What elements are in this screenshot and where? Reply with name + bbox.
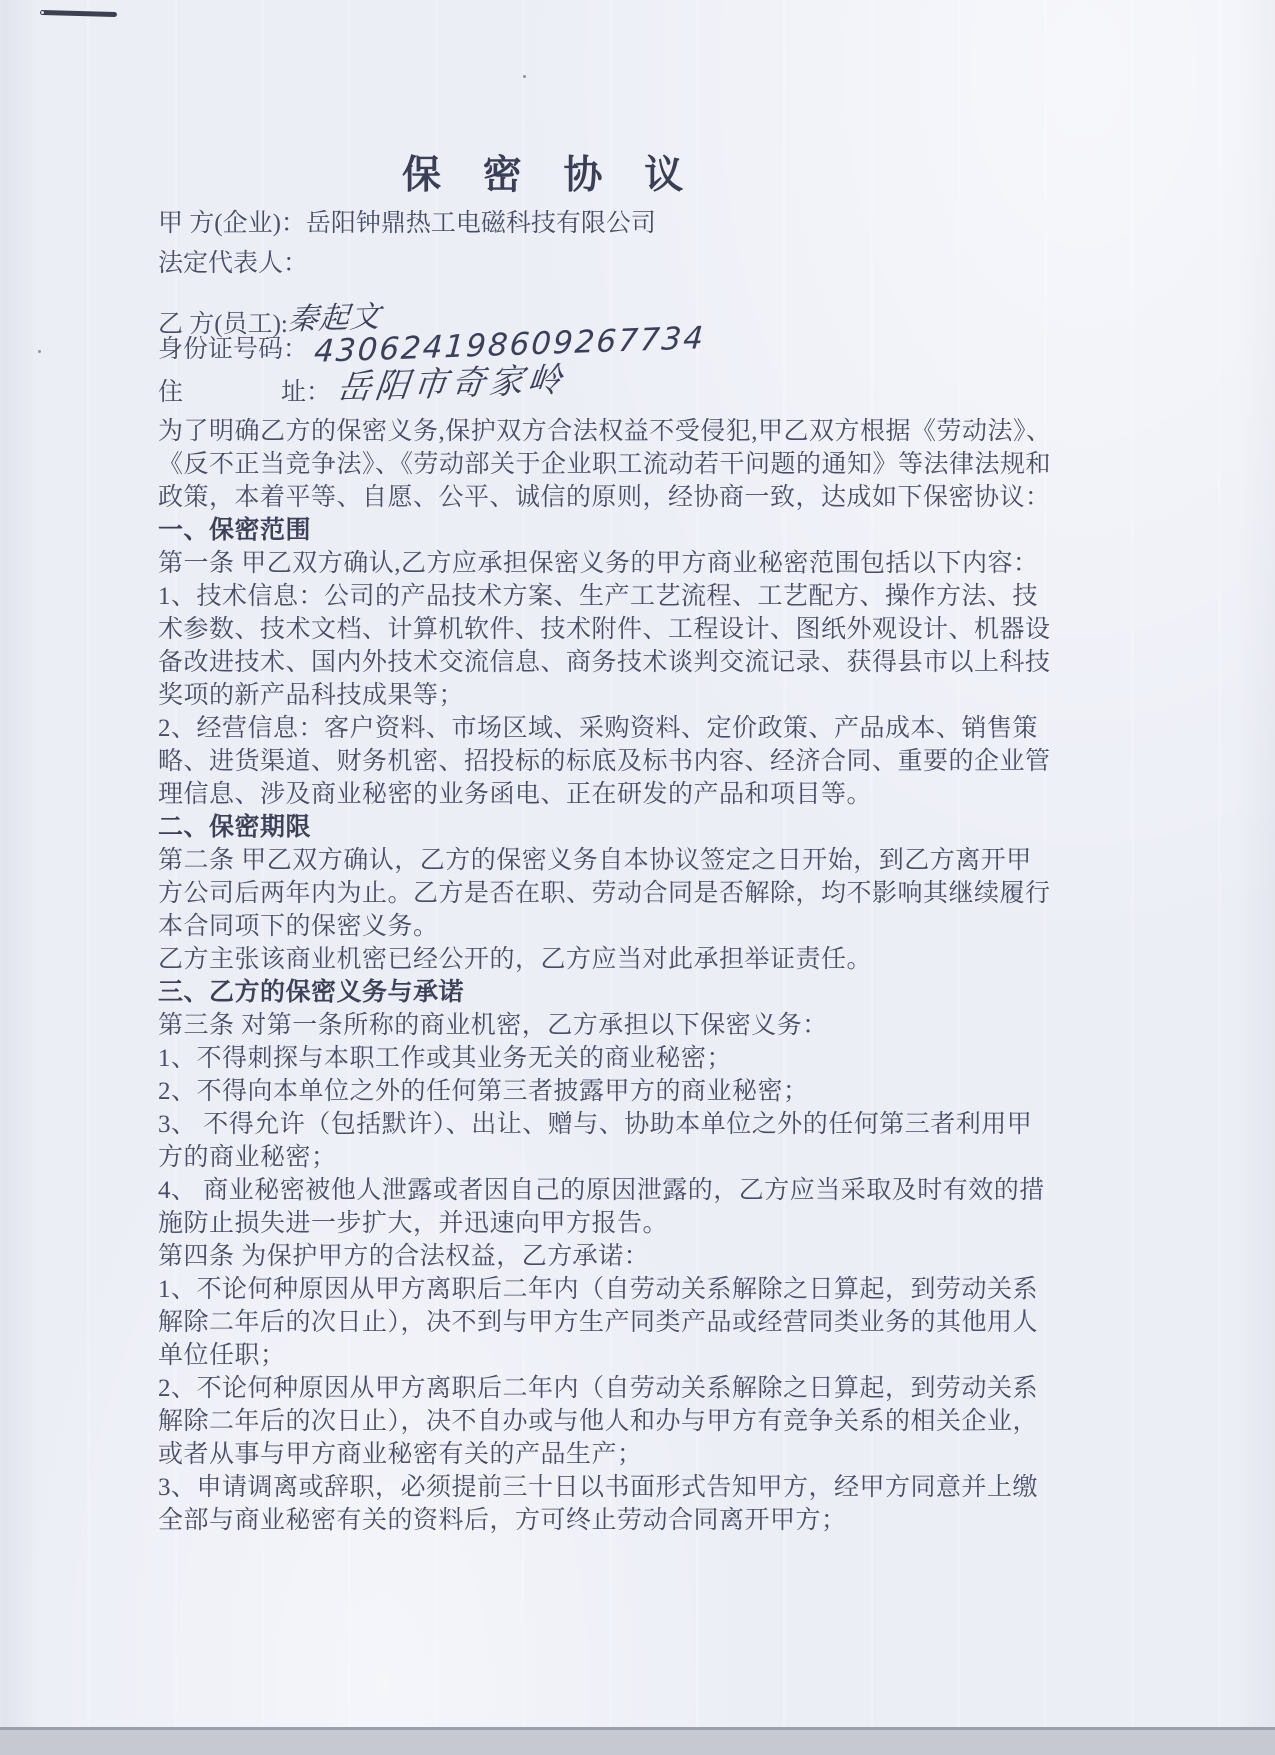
party-a-value: 岳阳钟鼎热工电磁科技有限公司 bbox=[306, 210, 656, 237]
body-line: 第一条 甲乙双方确认,乙方应承担保密义务的甲方商业秘密范围包括以下内容： bbox=[158, 547, 1118, 580]
body-line: 一、保密范围 bbox=[158, 514, 1118, 547]
body-line: 奖项的新产品科技成果等； bbox=[158, 679, 1118, 712]
body-line: 3、申请调离或辞职，必须提前三十日以书面形式告知甲方，经甲方同意并上缴 bbox=[158, 1471, 1118, 1504]
body-line: 方的商业秘密； bbox=[158, 1141, 1118, 1174]
body-line: 三、乙方的保密义务与承诺 bbox=[158, 976, 1118, 1009]
body-line: 解除二年后的次日止），决不到与甲方生产同类产品或经营同类业务的其他用人 bbox=[158, 1306, 1118, 1339]
body-line: 第二条 甲乙双方确认，乙方的保密义务自本协议签定之日开始，到乙方离开甲 bbox=[158, 844, 1118, 877]
body-line: 1、技术信息：公司的产品技术方案、生产工艺流程、工艺配方、操作方法、技 bbox=[158, 580, 1118, 613]
body-line: 备改进技术、国内外技术交流信息、商务技术谈判交流记录、获得县市以上科技 bbox=[158, 646, 1118, 679]
scan-speck bbox=[523, 75, 526, 78]
body-line: 4、 商业秘密被他人泄露或者因自己的原因泄露的，乙方应当采取及时有效的措 bbox=[158, 1174, 1118, 1207]
body-line: 第四条 为保护甲方的合法权益，乙方承诺： bbox=[158, 1240, 1118, 1273]
body-line: 乙方主张该商业机密已经公开的，乙方应当对此承担举证责任。 bbox=[158, 943, 1118, 976]
party-a-label: 甲 方(企业)： bbox=[158, 210, 306, 237]
body-line: 1、不得刺探与本职工作或其业务无关的商业秘密； bbox=[158, 1042, 1118, 1075]
scanner-bed-edge bbox=[0, 1727, 1275, 1755]
body-line: 政策，本着平等、自愿、公平、诚信的原则，经协商一致，达成如下保密协议： bbox=[158, 481, 1118, 514]
body-line: 《反不正当竞争法》、《劳动部关于企业职工流动若干问题的通知》等法律法规和 bbox=[158, 448, 1118, 481]
scanned-document-page: 保 密 协 议 甲 方(企业)：岳阳钟鼎热工电磁科技有限公司 法定代表人： 乙 … bbox=[0, 0, 1275, 1755]
scan-speck bbox=[38, 350, 41, 353]
body-line: 二、保密期限 bbox=[158, 811, 1118, 844]
body-line: 单位任职； bbox=[158, 1339, 1118, 1372]
body-line: 术参数、技术文档、计算机软件、技术附件、工程设计、图纸外观设计、机器设 bbox=[158, 613, 1118, 646]
agreement-body: 为了明确乙方的保密义务,保护双方合法权益不受侵犯,甲乙双方根据《劳动法》、《反不… bbox=[158, 415, 1118, 1537]
body-line: 或者从事与甲方商业秘密有关的产品生产； bbox=[158, 1438, 1118, 1471]
body-line: 解除二年后的次日止），决不自办或与他人和办与甲方有竞争关系的相关企业， bbox=[158, 1405, 1118, 1438]
document-title: 保 密 协 议 bbox=[402, 144, 699, 200]
body-line: 第三条 对第一条所称的商业机密，乙方承担以下保密义务： bbox=[158, 1009, 1118, 1042]
body-line: 2、不论何种原因从甲方离职后二年内（自劳动关系解除之日算起，到劳动关系 bbox=[158, 1372, 1118, 1405]
body-line: 3、 不得允许（包括默许）、出让、赠与、协助本单位之外的任何第三者利用甲 bbox=[158, 1108, 1118, 1141]
address-label-left: 住 bbox=[158, 379, 183, 406]
body-line: 本合同项下的保密义务。 bbox=[158, 910, 1118, 943]
body-line: 理信息、涉及商业秘密的业务函电、正在研发的产品和项目等。 bbox=[158, 778, 1118, 811]
address-line: 住址： 岳阳市奇家岭 bbox=[158, 361, 565, 410]
body-line: 全部与商业秘密有关的资料后，方可终止劳动合同离开甲方； bbox=[158, 1504, 1118, 1537]
body-line: 略、进货渠道、财务机密、招投标的标底及标书内容、经济合同、重要的企业管 bbox=[158, 745, 1118, 778]
binding-mark bbox=[40, 10, 117, 17]
body-line: 2、不得向本单位之外的任何第三者披露甲方的商业秘密； bbox=[158, 1075, 1118, 1108]
id-number-label: 身份证号码： bbox=[158, 336, 308, 363]
address-handwritten: 岳阳市奇家岭 bbox=[335, 352, 568, 409]
body-line: 2、经营信息：客户资料、市场区域、采购资料、定价政策、产品成本、销售策 bbox=[158, 712, 1118, 745]
body-line: 为了明确乙方的保密义务,保护双方合法权益不受侵犯,甲乙双方根据《劳动法》、 bbox=[158, 415, 1118, 448]
body-line: 施防止损失进一步扩大，并迅速向甲方报告。 bbox=[158, 1207, 1118, 1240]
party-a-line: 甲 方(企业)：岳阳钟鼎热工电磁科技有限公司 bbox=[158, 203, 656, 239]
address-label-right: 址： bbox=[281, 379, 331, 406]
legal-representative-line: 法定代表人： bbox=[158, 243, 308, 279]
body-line: 1、不论何种原因从甲方离职后二年内（自劳动关系解除之日算起，到劳动关系 bbox=[158, 1273, 1118, 1306]
legal-representative-label: 法定代表人： bbox=[158, 250, 308, 277]
body-line: 方公司后两年内为止。乙方是否在职、劳动合同是否解除，均不影响其继续履行 bbox=[158, 877, 1118, 910]
